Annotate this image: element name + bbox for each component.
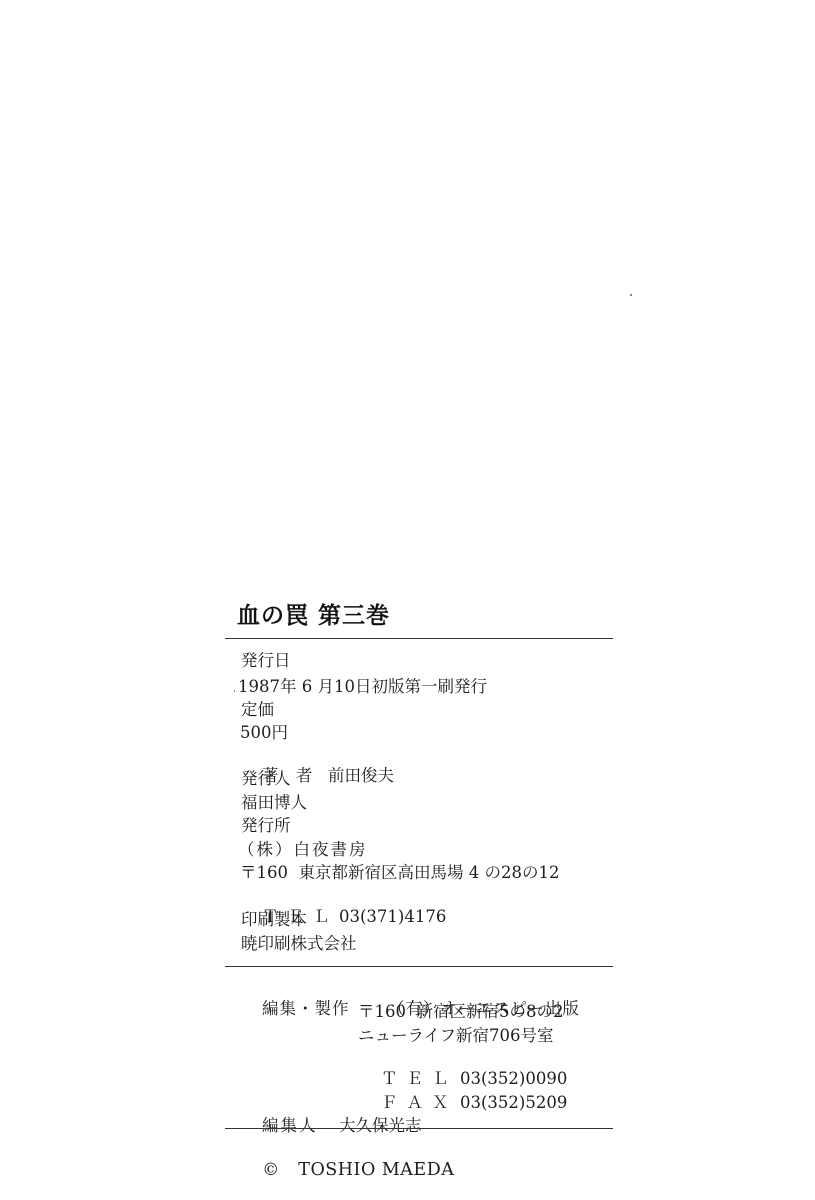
editorial-address-line1: 〒160 新宿区新宿5の8の2	[358, 1002, 563, 1022]
issue-date-value: 1987年 6 月10日初版第一刷発行	[238, 677, 487, 697]
paper-speck	[234, 690, 235, 692]
publisher-person-value: 福田博人	[241, 793, 307, 813]
price-label: 定価	[241, 700, 274, 720]
copyright-holder: TOSHIO MAEDA	[298, 1160, 454, 1180]
publisher-address: 〒160 東京都新宿区高田馬場 4 の28の12	[240, 863, 559, 883]
editorial-address-line2: ニューライフ新宿706号室	[358, 1026, 554, 1046]
publisher-name: （株）白夜書房	[238, 840, 368, 860]
printer-value: 暁印刷株式会社	[241, 934, 357, 954]
divider-bottom	[225, 1128, 613, 1129]
book-title: 血の罠 第三巻	[237, 597, 390, 630]
copyright-line: ©TOSHIO MAEDA	[240, 1140, 454, 1200]
divider-middle	[225, 966, 613, 967]
copyright-icon: ©	[262, 1160, 298, 1180]
editor-value: 大久保光志	[339, 1116, 422, 1136]
paper-speck	[630, 294, 632, 296]
price-value: 500円	[240, 723, 288, 743]
colophon-page: 血の罠 第三巻 発行日 1987年 6 月10日初版第一刷発行 定価 500円 …	[0, 0, 815, 1200]
author-value: 前田俊夫	[328, 766, 394, 786]
editor-label: 編集人	[262, 1116, 339, 1136]
printer-label: 印刷製本	[241, 910, 307, 930]
publisher-label: 発行所	[241, 816, 291, 836]
issue-date-label: 発行日	[241, 651, 291, 671]
publisher-tel-value: 03(371)4176	[339, 907, 446, 927]
publisher-person-label: 発行人	[241, 769, 291, 789]
editorial-fax-value: 03(352)5209	[460, 1093, 567, 1113]
divider-top	[225, 638, 613, 639]
